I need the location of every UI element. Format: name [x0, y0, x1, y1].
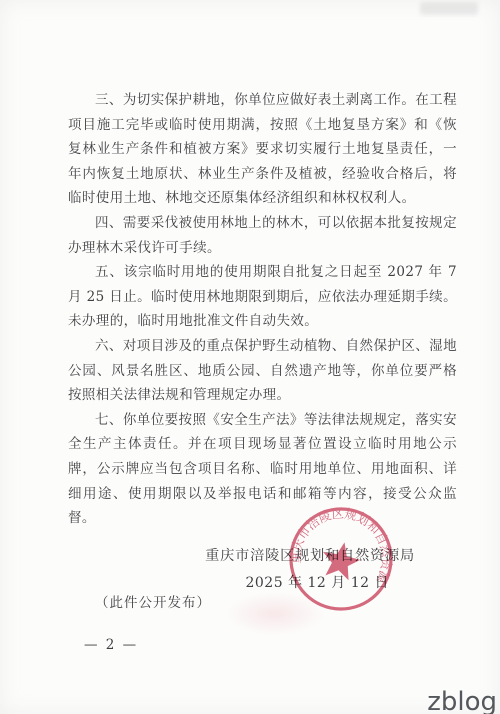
body-paragraph: 三、为切实保护耕地，你单位应做好表土剥离工作。在工程项目施工完毕或临时使用期满，… — [68, 88, 457, 211]
scan-artifact-top — [420, 2, 478, 15]
body-paragraph: 四、需要采伐被使用林地上的林木，可以依据本批复按规定办理林木采伐许可手续。 — [68, 211, 457, 260]
body-paragraph: 五、该宗临时用地的使用期限自批复之日起至 2027 年 7 月 25 日止。临时… — [68, 260, 457, 334]
site-watermark: zblog — [427, 687, 497, 714]
document-page: 三、为切实保护耕地，你单位应做好表土剥离工作。在工程项目施工完毕或临时使用期满，… — [0, 0, 500, 714]
official-seal: 重庆市涪陵区规划和自然资源局 — [276, 494, 406, 624]
seal-star-icon — [318, 538, 363, 581]
publish-note: （此件公开发布） — [95, 591, 211, 611]
body-paragraph: 七、你单位要按照《安全生产法》等法律法规规定，落实安全生产主体责任。并在项目现场… — [68, 408, 457, 531]
page-number: — 2 — — [84, 637, 138, 653]
seal-graphic: 重庆市涪陵区规划和自然资源局 — [276, 494, 406, 624]
body-paragraph: 六、对项目涉及的重点保护野生动植物、自然保护区、湿地公园、风景名胜区、地质公园、… — [68, 334, 457, 408]
document-body: 三、为切实保护耕地，你单位应做好表土剥离工作。在工程项目施工完毕或临时使用期满，… — [68, 88, 457, 531]
